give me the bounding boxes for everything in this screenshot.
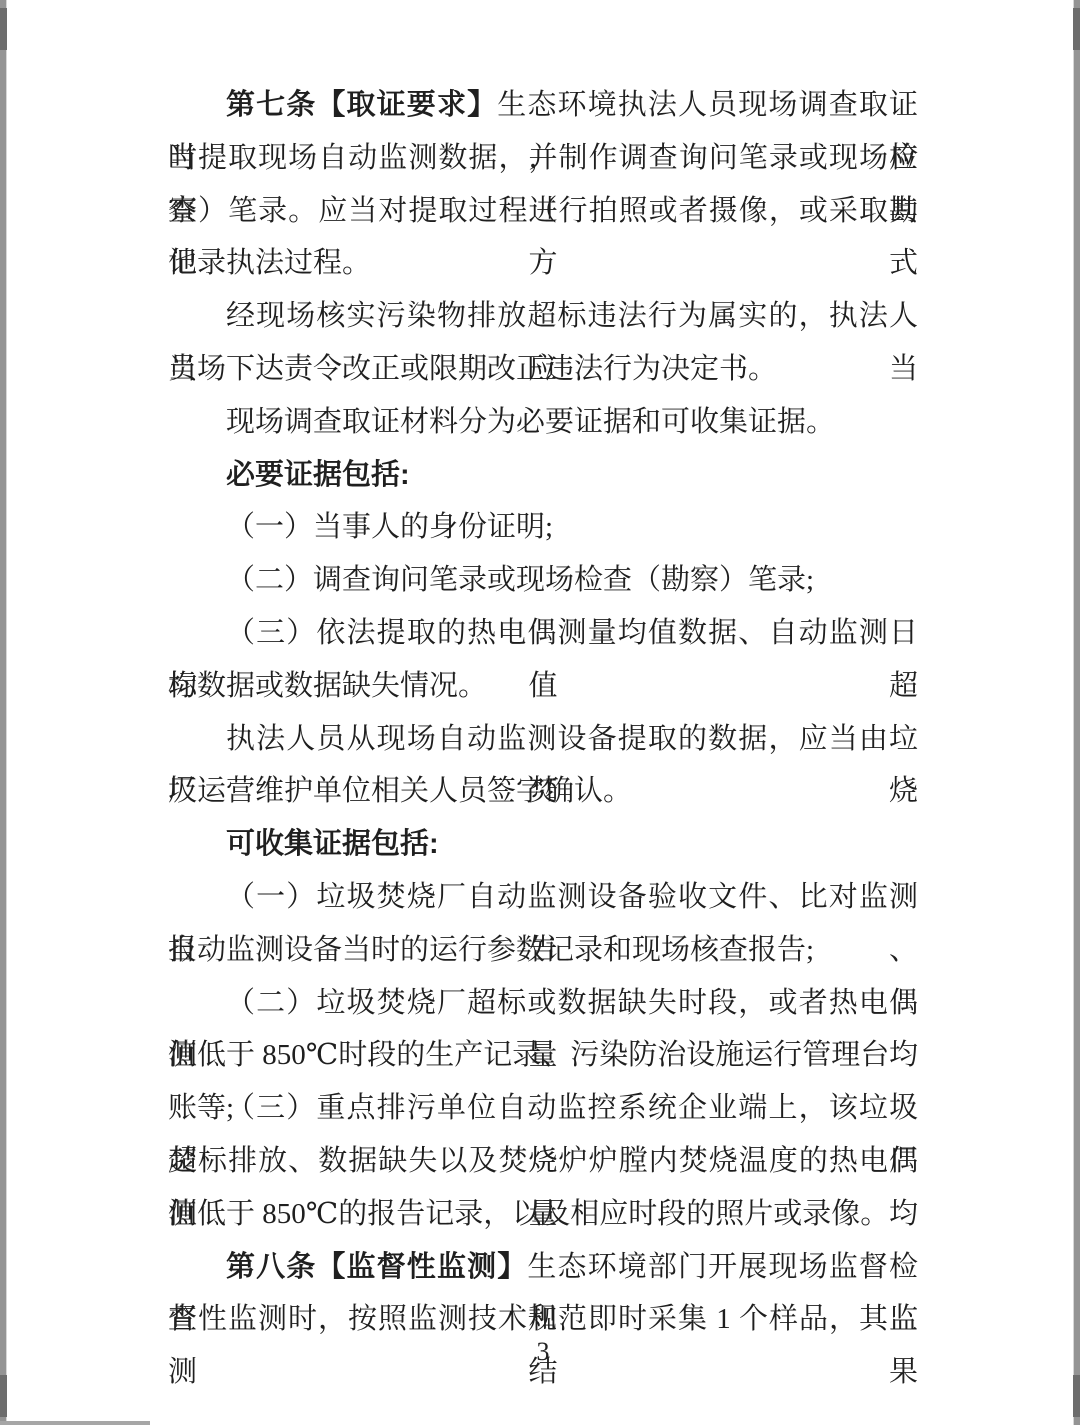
scan-corner-top-left	[0, 8, 7, 50]
scan-edge-right	[1073, 0, 1080, 1425]
text-line: 值低于 850℃的报告记录，以及相应时段的照片或录像。	[168, 1188, 918, 1241]
text-line: 值低于 850℃时段的生产记录、污染防治设施运行管理台账等;	[168, 1029, 918, 1082]
list-item-1: （一）当事人的身份证明;	[168, 501, 918, 554]
text-line: 超标排放、数据缺失以及焚烧炉炉膛内焚烧温度的热电偶测量均	[168, 1135, 918, 1188]
heading-collectible-evidence: 可收集证据包括:	[168, 818, 918, 871]
text-line-content: 记录执法过程。	[168, 247, 371, 279]
text-line: 经现场核实污染物排放超标违法行为属实的，执法人员应当	[168, 290, 918, 343]
text-line-content: （二）调查询问笔录或现场检查（勘察）笔录;	[226, 564, 814, 596]
heading-text: 可收集证据包括:	[226, 828, 439, 860]
text-line-content: 当场下达责令改正或限期改正违法行为决定书。	[168, 353, 777, 385]
article-7-heading-line: 第七条【取证要求】生态环境执法人员现场调查取证时，应	[168, 79, 918, 132]
article-8-label: 第八条【监督性监测】	[226, 1251, 527, 1283]
text-line: 自动监测设备当时的运行参数记录和现场核查报告;	[168, 924, 918, 977]
text-line: 现场调查取证材料分为必要证据和可收集证据。	[168, 396, 918, 449]
document-body: 第七条【取证要求】生态环境执法人员现场调查取证时，应 当提取现场自动监测数据，并…	[168, 79, 918, 1346]
text-line-content: 现场调查取证材料分为必要证据和可收集证据。	[226, 406, 835, 438]
list-item-3: （三）依法提取的热电偶测量均值数据、自动监测日均值超	[168, 607, 918, 660]
text-line-content: 自动监测设备当时的运行参数记录和现场核查报告;	[168, 934, 814, 966]
heading-necessary-evidence: 必要证据包括:	[168, 449, 918, 502]
text-line: 当提取现场自动监测数据，并制作调查询问笔录或现场检查（勘	[168, 132, 918, 185]
text-line-content: 标数据或数据缺失情况。	[168, 670, 487, 702]
document-page: 第七条【取证要求】生态环境执法人员现场调查取证时，应 当提取现场自动监测数据，并…	[0, 0, 1080, 1425]
list-item-1: （一）垃圾焚烧厂自动监测设备验收文件、比对监测报告、	[168, 871, 918, 924]
article-8-heading-line: 第八条【监督性监测】生态环境部门开展现场监督检查和监	[168, 1241, 918, 1294]
article-7-label: 第七条【取证要求】	[226, 89, 497, 121]
list-item-2: （二）垃圾焚烧厂超标或数据缺失时段，或者热电偶测量均	[168, 977, 918, 1030]
text-line-content: （一）当事人的身份证明;	[226, 511, 553, 543]
scan-corner-top-right	[1073, 8, 1080, 50]
page-number: 3	[168, 1332, 918, 1372]
text-line-content: 厂运营维护单位相关人员签字确认。	[168, 775, 632, 807]
text-line-content: 值低于 850℃的报告记录，以及相应时段的照片或录像。	[168, 1198, 889, 1230]
text-line: 察）笔录。应当对提取过程进行拍照或者摄像，或采取其他方式	[168, 185, 918, 238]
scan-corner-bottom-left	[0, 1375, 7, 1417]
scan-edge-left	[0, 0, 7, 1425]
scan-corner-bottom-right	[1073, 1375, 1080, 1417]
text-line: 执法人员从现场自动监测设备提取的数据，应当由垃圾焚烧	[168, 713, 918, 766]
list-item-2: （二）调查询问笔录或现场检查（勘察）笔录;	[168, 554, 918, 607]
scan-edge-bottom-left	[0, 1421, 150, 1425]
list-item-3: （三）重点排污单位自动监控系统企业端上，该垃圾焚烧厂	[168, 1082, 918, 1135]
heading-text: 必要证据包括:	[226, 459, 410, 491]
